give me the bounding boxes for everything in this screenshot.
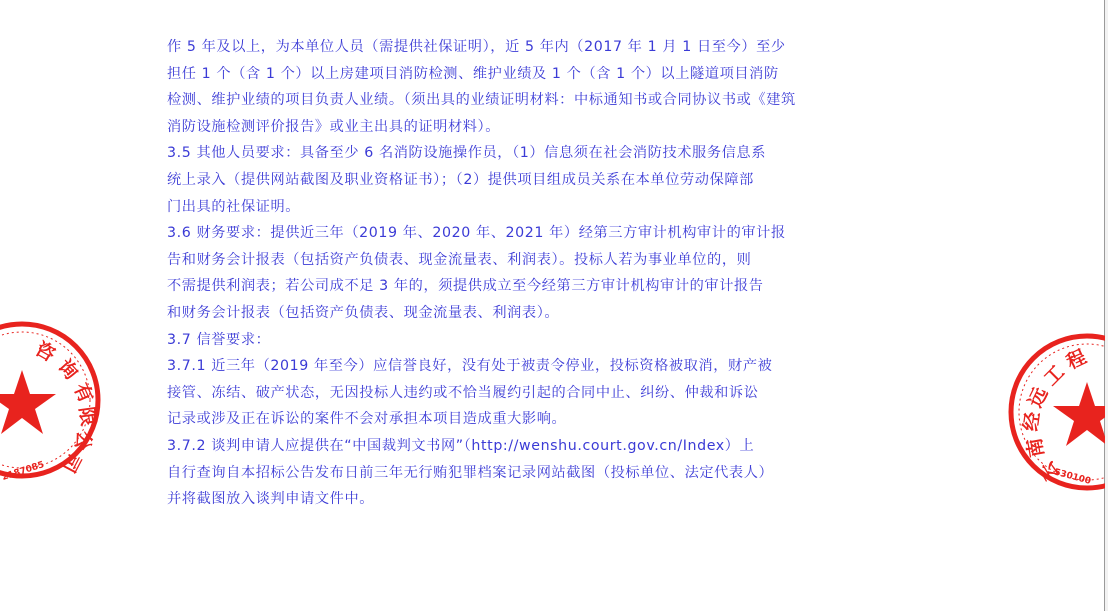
text-line: 和财务会计报表（包括资产负债表、现金流量表、利润表）。 (167, 300, 943, 327)
svg-text:工: 工 (1040, 361, 1069, 390)
svg-text:程: 程 (1063, 345, 1090, 374)
svg-text:询: 询 (53, 355, 82, 384)
svg-text:司: 司 (57, 449, 85, 476)
svg-text:咨: 咨 (31, 337, 59, 366)
right-company-seal-icon: 云 南 经 远 工 程 530100 (1005, 330, 1108, 495)
section-3-5: 3.5 其他人员要求：具备至少 6 名消防设施操作员，（1）信息须在社会消防技术… (167, 140, 943, 167)
svg-text:限: 限 (75, 406, 99, 428)
text-line: 并将截图放入谈判申请文件中。 (167, 486, 943, 513)
text-line: 作 5 年及以上，为本单位人员（需提供社保证明），近 5 年内（2017 年 1… (167, 34, 943, 61)
svg-text:经: 经 (1019, 410, 1044, 432)
document-page: 作 5 年及以上，为本单位人员（需提供社保证明），近 5 年内（2017 年 1… (0, 0, 1105, 611)
text-line: 自行查询自本招标公告发布日前三年无行贿犯罪档案记录网站截图（投标单位、法定代表人… (167, 460, 943, 487)
section-3-7-1: 3.7.1 近三年（2019 年至今）应信誉良好，没有处于被责令停业，投标资格被… (167, 353, 943, 380)
text-line: 检测、维护业绩的项目负责人业绩。（须出具的业绩证明材料：中标通知书或合同协议书或… (167, 87, 943, 114)
document-body: 作 5 年及以上，为本单位人员（需提供社保证明），近 5 年内（2017 年 1… (167, 34, 943, 513)
svg-text:南: 南 (1023, 436, 1048, 459)
svg-text:远: 远 (1024, 384, 1052, 411)
text-line: 消防设施检测评价报告》或业主出具的证明材料）。 (167, 114, 943, 141)
section-3-7: 3.7 信誉要求： (167, 327, 943, 354)
text-line: 担任 1 个（含 1 个）以上房建项目消防检测、维护业绩及 1 个（含 1 个）… (167, 61, 943, 88)
svg-text:公: 公 (70, 429, 95, 453)
left-seal-number: 2187085 (1, 460, 46, 483)
svg-text:有: 有 (69, 379, 98, 406)
text-line: 门出具的社保证明。 (167, 194, 943, 221)
left-company-seal-icon: 咨 询 有 限 公 司 2187085 (0, 318, 105, 483)
right-seal-number: 530100 (1053, 468, 1092, 487)
section-3-7-2: 3.7.2 谈判申请人应提供在“中国裁判文书网”（http://wenshu.c… (167, 433, 943, 460)
text-line: 告和财务会计报表（包括资产负债表、现金流量表、利润表）。投标人若为事业单位的，则 (167, 247, 943, 274)
svg-text:云: 云 (1035, 458, 1064, 485)
text-line: 记录或涉及正在诉讼的案件不会对承担本项目造成重大影响。 (167, 406, 943, 433)
section-3-6: 3.6 财务要求：提供近三年（2019 年、2020 年、2021 年）经第三方… (167, 220, 943, 247)
text-line: 接管、冻结、破产状态，无因投标人违约或不恰当履约引起的合同中止、纠纷、仲裁和诉讼 (167, 380, 943, 407)
text-line: 不需提供利润表；若公司成不足 3 年的，须提供成立至今经第三方审计机构审计的审计… (167, 273, 943, 300)
text-line: 统上录入（提供网站截图及职业资格证书）；（2）提供项目组成员关系在本单位劳动保障… (167, 167, 943, 194)
